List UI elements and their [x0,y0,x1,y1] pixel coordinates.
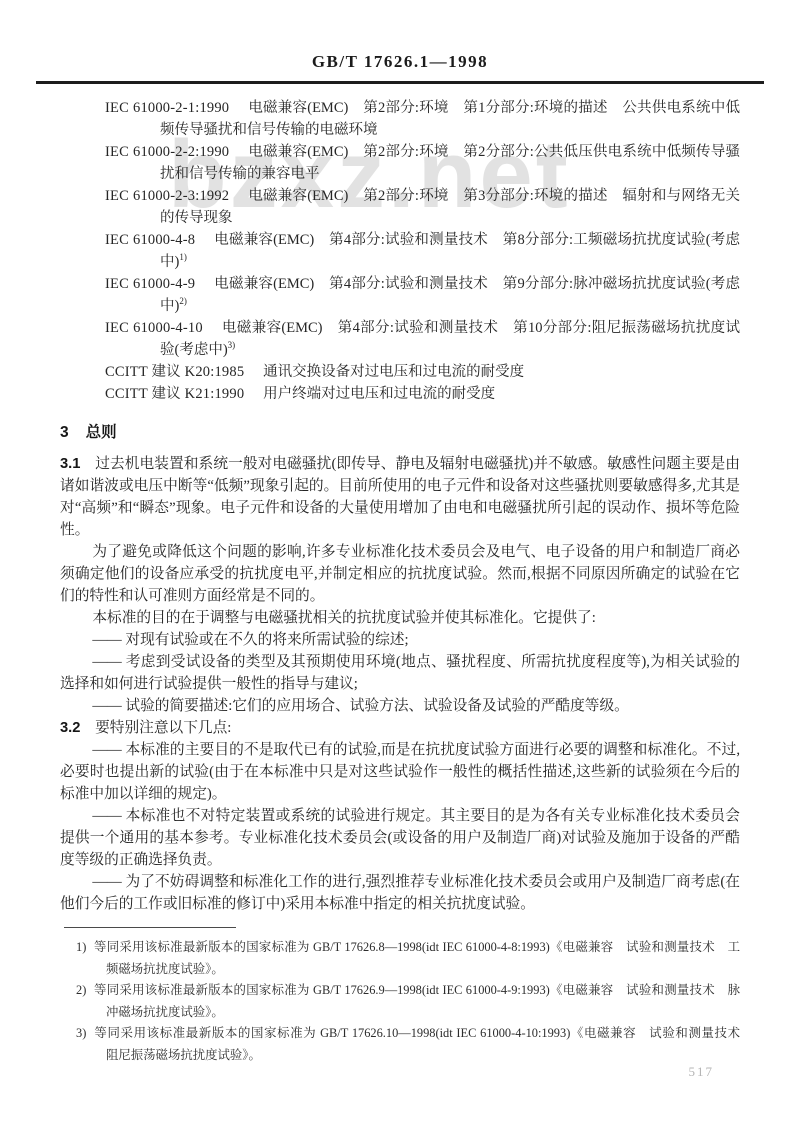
footnote: 3)等同采用该标准最新版本的国家标准为 GB/T 17626.10—1998(i… [60,1023,740,1066]
reference-item: IEC 61000-4-9电磁兼容(EMC) 第4部分:试验和测量技术 第9分部… [60,273,740,317]
footnotes-list: 1)等同采用该标准最新版本的国家标准为 GB/T 17626.8—1998(id… [60,937,740,1066]
page-number: 517 [689,1064,715,1080]
footnote: 1)等同采用该标准最新版本的国家标准为 GB/T 17626.8—1998(id… [60,937,740,980]
paragraph: —— 本标准也不对特定装置或系统的试验进行规定。其主要目的是为各有关专业标准化技… [60,805,740,871]
reference-description: 电磁兼容(EMC) 第2部分:环境 第3分部分:环境的描述 辐射和与网络无关的传… [160,188,740,226]
paragraph-text: —— 本标准的主要目的不是取代已有的试验,而是在抗扰度试验方面进行必要的调整和标… [60,742,740,802]
reference-item: IEC 61000-4-8电磁兼容(EMC) 第4部分:试验和测量技术 第8分部… [60,229,740,273]
reference-description: 通讯交换设备对过电压和过电流的耐受度 [263,364,524,380]
reference-description: 电磁兼容(EMC) 第2部分:环境 第1分部分:环境的描述 公共供电系统中低频传… [160,100,740,138]
reference-code: IEC 61000-4-10 [105,320,203,336]
reference-description: 用户终端对过电压和过电流的耐受度 [263,386,495,402]
reference-description: 电磁兼容(EMC) 第4部分:试验和测量技术 第8分部分:工频磁场抗扰度试验(考… [160,232,740,270]
footnote-text: 等同采用该标准最新版本的国家标准为 GB/T 17626.10—1998(idt… [94,1026,753,1062]
paragraph: —— 本标准的主要目的不是取代已有的试验,而是在抗扰度试验方面进行必要的调整和标… [60,739,740,805]
references-list: IEC 61000-2-1:1990电磁兼容(EMC) 第2部分:环境 第1分部… [60,97,740,405]
section-number: 3 [60,424,69,441]
footnote-number: 1) [76,940,86,954]
section-heading: 3总则 [60,420,740,442]
page-header: GB/T 17626.1—1998 [0,0,800,84]
paragraph: 本标准的目的在于调整与电磁骚扰相关的抗扰度试验并使其标准化。它提供了: [60,607,740,629]
reference-code: IEC 61000-2-3:1992 [105,188,229,204]
reference-item: IEC 61000-2-2:1990电磁兼容(EMC) 第2部分:环境 第2分部… [60,141,740,185]
footnote-number: 3) [76,1026,86,1040]
paragraph-text: —— 考虑到受试设备的类型及其预期使用环境(地点、骚扰程度、所需抗扰度程度等),… [60,654,740,692]
paragraph-text: —— 试验的简要描述:它们的应用场合、试验方法、试验设备及试验的严酷度等级。 [92,698,629,714]
paragraph: 3.1过去机电装置和系统一般对电磁骚扰(即传导、静电及辐射电磁骚扰)并不敏感。敏… [60,453,740,541]
paragraph: 为了避免或降低这个问题的影响,许多专业标准化技术委员会及电气、电子设备的用户和制… [60,541,740,607]
footnote-text: 等同采用该标准最新版本的国家标准为 GB/T 17626.9—1998(idt … [94,983,740,1019]
standard-number-title: GB/T 17626.1—1998 [0,0,800,72]
reference-item: CCITT 建议 K21:1990用户终端对过电压和过电流的耐受度 [60,383,740,405]
paragraph: —— 对现有试验或在不久的将来所需试验的综述; [60,629,740,651]
footnote-number: 2) [76,983,86,997]
reference-description: 电磁兼容(EMC) 第4部分:试验和测量技术 第10分部分:阻尼振荡磁场抗扰度试… [160,320,740,358]
reference-description: 电磁兼容(EMC) 第4部分:试验和测量技术 第9分部分:脉冲磁场抗扰度试验(考… [160,276,740,314]
reference-item: IEC 61000-4-10电磁兼容(EMC) 第4部分:试验和测量技术 第10… [60,317,740,361]
paragraph-text: 本标准的目的在于调整与电磁骚扰相关的抗扰度试验并使其标准化。它提供了: [92,610,595,626]
paragraph: —— 为了不妨碍调整和标准化工作的进行,强烈推荐专业标准化技术委员会或用户及制造… [60,871,740,915]
reference-footnote-marker: 2) [179,296,187,306]
footnote-separator [64,927,236,928]
reference-code: IEC 61000-4-9 [105,276,195,292]
clause-number: 3.1 [60,456,80,472]
footnote: 2)等同采用该标准最新版本的国家标准为 GB/T 17626.9—1998(id… [60,980,740,1023]
section-title: 总则 [86,424,117,441]
clause-paragraphs: 3.1过去机电装置和系统一般对电磁骚扰(即传导、静电及辐射电磁骚扰)并不敏感。敏… [60,453,740,915]
reference-description: 电磁兼容(EMC) 第2部分:环境 第2分部分:公共低压供电系统中低频传导骚扰和… [160,144,740,182]
document-body: IEC 61000-2-1:1990电磁兼容(EMC) 第2部分:环境 第1分部… [0,84,800,1066]
clause-number: 3.2 [60,720,80,736]
reference-footnote-marker: 1) [179,252,187,262]
paragraph-text: 要特别注意以下几点: [95,720,231,736]
paragraph-text: 为了避免或降低这个问题的影响,许多专业标准化技术委员会及电气、电子设备的用户和制… [60,544,740,604]
reference-item: IEC 61000-2-1:1990电磁兼容(EMC) 第2部分:环境 第1分部… [60,97,740,141]
paragraph-text: —— 对现有试验或在不久的将来所需试验的综述; [92,632,408,648]
reference-footnote-marker: 3) [228,340,236,350]
paragraph: —— 试验的简要描述:它们的应用场合、试验方法、试验设备及试验的严酷度等级。 [60,695,740,717]
reference-code: IEC 61000-2-1:1990 [105,100,229,116]
reference-item: CCITT 建议 K20:1985通讯交换设备对过电压和过电流的耐受度 [60,361,740,383]
reference-code: IEC 61000-4-8 [105,232,195,248]
reference-code: IEC 61000-2-2:1990 [105,144,229,160]
reference-code: CCITT 建议 K21:1990 [105,386,244,402]
paragraph: —— 考虑到受试设备的类型及其预期使用环境(地点、骚扰程度、所需抗扰度程度等),… [60,651,740,695]
paragraph-text: —— 为了不妨碍调整和标准化工作的进行,强烈推荐专业标准化技术委员会或用户及制造… [60,874,740,912]
document-page: bzxz.net GB/T 17626.1—1998 IEC 61000-2-1… [0,0,800,1128]
reference-item: IEC 61000-2-3:1992电磁兼容(EMC) 第2部分:环境 第3分部… [60,185,740,229]
footnote-text: 等同采用该标准最新版本的国家标准为 GB/T 17626.8—1998(idt … [94,940,740,976]
reference-code: CCITT 建议 K20:1985 [105,364,244,380]
paragraph-text: —— 本标准也不对特定装置或系统的试验进行规定。其主要目的是为各有关专业标准化技… [60,808,740,868]
paragraph: 3.2要特别注意以下几点: [60,717,740,739]
paragraph-text: 过去机电装置和系统一般对电磁骚扰(即传导、静电及辐射电磁骚扰)并不敏感。敏感性问… [60,456,740,538]
